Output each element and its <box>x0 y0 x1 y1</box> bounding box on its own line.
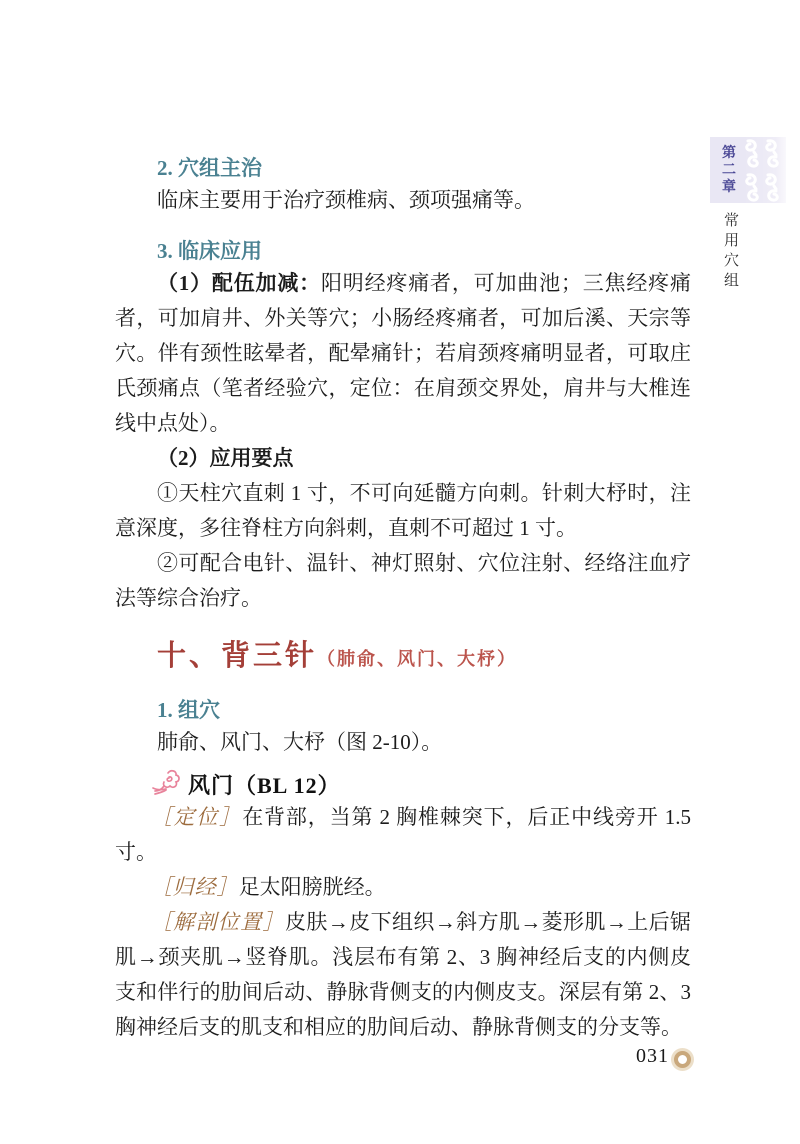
location-label: ［定位］ <box>151 805 243 829</box>
meridian-line: ［归经］足太阳膀胱经。 <box>115 870 691 905</box>
chapter-tab: 第二章 <box>710 137 744 203</box>
chapter-title-vertical: 常用穴组 <box>711 212 741 292</box>
chapter-tab-label: 第二章 <box>717 145 737 196</box>
book-page: 第二章 常用穴组 <box>0 0 800 1144</box>
location-line: ［定位］在背部，当第 2 胸椎棘突下，后正中线旁开 1.5 寸。 <box>115 800 691 870</box>
section-heading-2: 2. 穴组主治 <box>157 153 691 183</box>
ring-ornament-icon <box>674 1051 691 1068</box>
page-number: 031 <box>636 1045 669 1068</box>
meridian-label: ［归经］ <box>151 875 239 899</box>
application-point-2: ②可配合电针、温针、神灯照射、穴位注射、经络注血疗法等综合治疗。 <box>115 546 691 616</box>
application-point-1: ①天柱穴直刺 1 寸，不可向延髓方向刺。针刺大杼时，注意深度，多往脊柱方向斜刺，… <box>115 476 691 546</box>
group-points-body: 肺俞、风门、大杼（图 2-10）。 <box>115 725 691 760</box>
acupoint-title-row: 风门（BL 12） <box>149 768 691 800</box>
section-2-body: 临床主要用于治疗颈椎病、颈项强痛等。 <box>115 183 691 218</box>
anatomy-label: ［解剖位置］ <box>151 910 285 934</box>
cloud-scroll-pattern-icon <box>744 137 786 203</box>
paragraph-1-text: 阳明经疼痛者，可加曲池；三焦经疼痛者，可加肩井、外关等穴；小肠经疼痛者，可加后溪… <box>115 271 691 435</box>
flower-icon <box>149 767 181 802</box>
meridian-text: 足太阳膀胱经。 <box>239 875 386 899</box>
anatomy-paragraph: ［解剖位置］皮肤→皮下组织→斜方肌→菱形肌→上后锯肌→颈夹肌→竖脊肌。浅层布有第… <box>115 905 691 1045</box>
section-10-heading: 十、背三针（肺俞、风门、大杼） <box>157 636 691 681</box>
paragraph-peiwu-jiajian: （1）配伍加减：阳明经疼痛者，可加曲池；三焦经疼痛者，可加肩井、外关等穴；小肠经… <box>115 266 691 441</box>
group-points-heading: 1. 组穴 <box>157 695 691 725</box>
section-10-heading-sub: （肺俞、风门、大杼） <box>317 649 517 669</box>
paragraph-yingyong-yaodian-label: （2）应用要点 <box>115 441 691 476</box>
text-column: 2. 穴组主治 临床主要用于治疗颈椎病、颈项强痛等。 3. 临床应用 （1）配伍… <box>115 0 691 1045</box>
paragraph-1-label: （1）配伍加减： <box>157 271 321 295</box>
section-10-heading-main: 十、背三针 <box>157 640 317 672</box>
acupoint-name: 风门（BL 12） <box>188 769 341 800</box>
section-heading-3: 3. 临床应用 <box>157 236 691 266</box>
